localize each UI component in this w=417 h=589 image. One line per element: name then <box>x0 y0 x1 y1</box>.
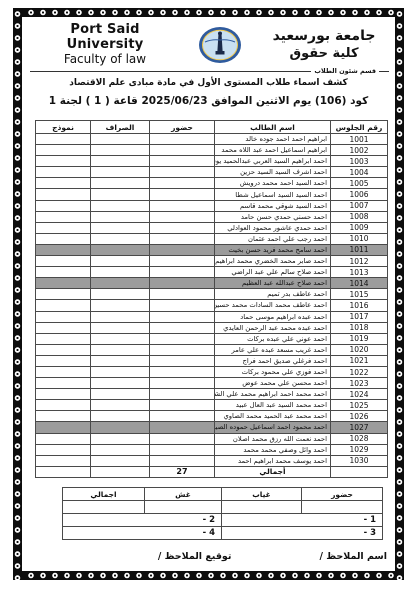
student-row: 1021 احمد فرغلي صديق احمد فراج <box>36 355 388 366</box>
attendance-cell <box>150 145 215 156</box>
attendance-cell <box>150 289 215 300</box>
total-row: أجمالي 27 <box>36 466 388 477</box>
arabic-title-block: جامعة بورسعيد كلية حقوق <box>259 27 389 62</box>
attendance-cell <box>150 400 215 411</box>
attendance-cell <box>150 167 215 178</box>
seat-number-cell: 1027 <box>331 422 388 433</box>
departure-cell <box>91 211 150 222</box>
note-line-4: - 4 <box>63 527 222 540</box>
student-name-cell: احمد حمدي عاشور محمود العوادلي <box>215 222 331 233</box>
form-cell <box>36 455 91 466</box>
total-departure-cell <box>91 466 150 477</box>
student-row: 1011 احمد سامح محمد فريد حسن بخيت <box>36 244 388 255</box>
attendance-cell <box>150 278 215 289</box>
form-cell <box>36 145 91 156</box>
student-name-cell: احمد صلاح عبدالله عبد العظيم <box>215 278 331 289</box>
seat-number-cell: 1018 <box>331 322 388 333</box>
summary-total-cell <box>63 501 145 514</box>
attendance-cell <box>150 411 215 422</box>
student-row: 1006 احمد السيد السيد اسماعيل شطا <box>36 189 388 200</box>
form-cell <box>36 156 91 167</box>
student-attendance-table: رقم الجلوس اسم الطالب حضور الصراف نموذج … <box>35 120 388 478</box>
notes-line-row-1: - 1 - 2 <box>63 514 383 527</box>
departure-cell <box>91 134 150 145</box>
attendance-cell <box>150 178 215 189</box>
summary-header-total: اجمالي <box>63 488 145 501</box>
attendance-cell <box>150 322 215 333</box>
seat-number-cell: 1009 <box>331 222 388 233</box>
department-label: قسم شئون الطلاب <box>311 67 379 75</box>
department-divider: قسم شئون الطلاب <box>30 66 389 76</box>
form-cell <box>36 134 91 145</box>
departure-cell <box>91 256 150 267</box>
total-row-seat-cell <box>331 466 388 477</box>
note-line-2: - 2 <box>63 514 222 527</box>
departure-cell <box>91 355 150 366</box>
summary-empty-row <box>63 501 383 514</box>
student-row: 1022 احمد فوزي علي محمود بركات <box>36 366 388 377</box>
summary-header-row: حضور غياب غش اجمالي <box>63 488 383 501</box>
seat-number-cell: 1022 <box>331 366 388 377</box>
student-row: 1013 احمد صلاح سالم علي عبد الراضي <box>36 267 388 278</box>
student-row: 1028 احمد نعمت الله رزق محمد اصلان <box>36 433 388 444</box>
departure-cell <box>91 389 150 400</box>
student-name-cell: احمد فوزي علي محمود بركات <box>215 366 331 377</box>
student-name-cell: احمد السيد السيد اسماعيل شطا <box>215 189 331 200</box>
col-header-seat-number: رقم الجلوس <box>331 121 388 134</box>
student-row: 1002 ابراهيم اسماعيل احمد عبد اللاه محمد <box>36 145 388 156</box>
student-name-cell: احمد يوسف محمد ابراهيم احمد <box>215 455 331 466</box>
student-name-cell: احمد عبده محمد عبد الرحمن العايدي <box>215 322 331 333</box>
seat-number-cell: 1004 <box>331 167 388 178</box>
attendance-cell <box>150 200 215 211</box>
table-header-row: رقم الجلوس اسم الطالب حضور الصراف نموذج <box>36 121 388 134</box>
form-cell <box>36 433 91 444</box>
student-table-body: 1001 ابراهيم احمد احمد جوده خالد 1002 اب… <box>36 134 388 467</box>
student-name-cell: احمد عبده ابراهيم موسى حماد <box>215 311 331 322</box>
form-cell <box>36 222 91 233</box>
departure-cell <box>91 333 150 344</box>
attendance-cell <box>150 444 215 455</box>
departure-cell <box>91 233 150 244</box>
departure-cell <box>91 178 150 189</box>
seat-number-cell: 1001 <box>331 134 388 145</box>
faculty-name-ar: كلية حقوق <box>259 46 389 63</box>
divider-rule <box>30 71 311 72</box>
departure-cell <box>91 378 150 389</box>
student-row: 1001 ابراهيم احمد احمد جوده خالد <box>36 134 388 145</box>
attendance-cell <box>150 267 215 278</box>
student-row: 1024 احمد محمد احمد ابراهيم محمد علي الش… <box>36 389 388 400</box>
col-header-attendance: حضور <box>150 121 215 134</box>
form-cell <box>36 400 91 411</box>
student-row: 1023 احمد محسن علي محمد عوض <box>36 378 388 389</box>
university-logo-icon <box>197 25 243 65</box>
attendance-cell <box>150 344 215 355</box>
seat-number-cell: 1017 <box>331 311 388 322</box>
departure-cell <box>91 267 150 278</box>
form-cell <box>36 178 91 189</box>
attendance-cell <box>150 389 215 400</box>
student-row: 1009 احمد حمدي عاشور محمود العوادلي <box>36 222 388 233</box>
form-cell <box>36 233 91 244</box>
student-row: 1014 احمد صلاح عبدالله عبد العظيم <box>36 278 388 289</box>
seat-number-cell: 1028 <box>331 433 388 444</box>
seat-number-cell: 1012 <box>331 256 388 267</box>
attendance-cell <box>150 422 215 433</box>
form-cell <box>36 200 91 211</box>
student-row: 1007 احمد السيد شوقي محمد قاسم <box>36 200 388 211</box>
frame-left-border <box>13 8 22 580</box>
attendance-sheet-page: { "header": { "university_en": "Port Sai… <box>0 0 417 589</box>
departure-cell <box>91 400 150 411</box>
summary-cheating-cell <box>145 501 222 514</box>
departure-cell <box>91 156 150 167</box>
student-name-cell: احمد وائل وصفي محمد محمد <box>215 444 331 455</box>
departure-cell <box>91 200 150 211</box>
departure-cell <box>91 444 150 455</box>
departure-cell <box>91 222 150 233</box>
seat-number-cell: 1013 <box>331 267 388 278</box>
student-name-cell: احمد حسني حمدي حسن حامد <box>215 211 331 222</box>
seat-number-cell: 1002 <box>331 145 388 156</box>
form-cell <box>36 267 91 278</box>
student-row: 1025 احمد محمد السيد عبد العال عبيد <box>36 400 388 411</box>
student-row: 1029 احمد وائل وصفي محمد محمد <box>36 444 388 455</box>
departure-cell <box>91 422 150 433</box>
student-name-cell: احمد ابراهيم السيد العربي عبدالحميد يوسف <box>215 156 331 167</box>
seat-number-cell: 1026 <box>331 411 388 422</box>
student-row: 1008 احمد حسني حمدي حسن حامد <box>36 211 388 222</box>
student-name-cell: احمد محمد احمد ابراهيم محمد علي الشافى <box>215 389 331 400</box>
form-cell <box>36 355 91 366</box>
departure-cell <box>91 311 150 322</box>
attendance-cell <box>150 433 215 444</box>
form-cell <box>36 444 91 455</box>
english-title-block: Port Said University Faculty of law <box>30 23 180 67</box>
form-cell <box>36 244 91 255</box>
student-name-cell: احمد عاطف محمد السادات محمد حسين <box>215 300 331 311</box>
student-name-cell: احمد سامح محمد فريد حسن بخيت <box>215 244 331 255</box>
form-cell <box>36 322 91 333</box>
seat-number-cell: 1024 <box>331 389 388 400</box>
form-cell <box>36 411 91 422</box>
total-label: أجمالي <box>215 466 331 477</box>
attendance-cell <box>150 134 215 145</box>
student-name-cell: احمد رجب علي احمد عثمان <box>215 233 331 244</box>
form-cell <box>36 366 91 377</box>
student-row: 1010 احمد رجب علي احمد عثمان <box>36 233 388 244</box>
student-row: 1020 احمد غريب مسعد عبده علي عامر <box>36 344 388 355</box>
exam-session-info: كود (106) يوم الاثنين الموافق 2025/06/23… <box>0 95 417 107</box>
attendance-cell <box>150 378 215 389</box>
student-name-cell: احمد صابر محمد الخضري محمد ابراهيم <box>215 256 331 267</box>
student-name-cell: ابراهيم اسماعيل احمد عبد اللاه محمد <box>215 145 331 156</box>
summary-header-cheating: غش <box>145 488 222 501</box>
student-row: 1027 احمد محمود احمد اسماعيل حموده الصيا… <box>36 422 388 433</box>
seat-number-cell: 1010 <box>331 233 388 244</box>
summary-present-cell <box>302 501 383 514</box>
seat-number-cell: 1029 <box>331 444 388 455</box>
attendance-cell <box>150 256 215 267</box>
seat-number-cell: 1019 <box>331 333 388 344</box>
seat-number-cell: 1030 <box>331 455 388 466</box>
student-row: 1003 احمد ابراهيم السيد العربي عبدالحميد… <box>36 156 388 167</box>
student-row: 1030 احمد يوسف محمد ابراهيم احمد <box>36 455 388 466</box>
attendance-cell <box>150 300 215 311</box>
form-cell <box>36 333 91 344</box>
student-name-cell: احمد محسن علي محمد عوض <box>215 378 331 389</box>
form-cell <box>36 189 91 200</box>
student-name-cell: احمد نعمت الله رزق محمد اصلان <box>215 433 331 444</box>
student-row: 1026 احمد محمد عبد الحميد محمد الصاوي <box>36 411 388 422</box>
attendance-cell <box>150 455 215 466</box>
summary-header-present: حضور <box>302 488 383 501</box>
student-row: 1004 احمد اشرف السيد السيد حزين <box>36 167 388 178</box>
summary-header-absent: غياب <box>222 488 302 501</box>
seat-number-cell: 1005 <box>331 178 388 189</box>
student-name-cell: ابراهيم احمد احمد جوده خالد <box>215 134 331 145</box>
university-name-en: Port Said University <box>30 23 180 53</box>
total-form-cell <box>36 466 91 477</box>
departure-cell <box>91 322 150 333</box>
departure-cell <box>91 411 150 422</box>
seat-number-cell: 1011 <box>331 244 388 255</box>
attendance-cell <box>150 211 215 222</box>
seat-number-cell: 1014 <box>331 278 388 289</box>
attendance-cell <box>150 366 215 377</box>
col-header-departure: الصراف <box>91 121 150 134</box>
departure-cell <box>91 344 150 355</box>
form-cell <box>36 378 91 389</box>
attendance-cell <box>150 222 215 233</box>
seat-number-cell: 1006 <box>331 189 388 200</box>
departure-cell <box>91 433 150 444</box>
form-cell <box>36 211 91 222</box>
attendance-cell <box>150 189 215 200</box>
summary-absent-cell <box>222 501 302 514</box>
departure-cell <box>91 167 150 178</box>
student-name-cell: احمد محمود احمد اسماعيل حموده الصياد <box>215 422 331 433</box>
faculty-name-en: Faculty of law <box>30 53 180 67</box>
student-name-cell: احمد محمد عبد الحميد محمد الصاوي <box>215 411 331 422</box>
student-name-cell: احمد السيد شوقي محمد قاسم <box>215 200 331 211</box>
student-row: 1019 احمد عوني علي عبده بركات <box>36 333 388 344</box>
student-row: 1005 احمد السيد احمد محمد درويش <box>36 178 388 189</box>
frame-top-border <box>13 8 404 17</box>
student-row: 1012 احمد صابر محمد الخضري محمد ابراهيم <box>36 256 388 267</box>
seat-number-cell: 1023 <box>331 378 388 389</box>
student-row: 1016 احمد عاطف محمد السادات محمد حسين <box>36 300 388 311</box>
summary-table: حضور غياب غش اجمالي - 1 - 2 - 3 - 4 <box>62 487 383 540</box>
frame-right-border <box>395 8 404 580</box>
form-cell <box>36 167 91 178</box>
sheet-title: كشف اسماء طلاب المستوى الأول في مادة مبا… <box>0 78 417 88</box>
student-name-cell: احمد السيد احمد محمد درويش <box>215 178 331 189</box>
seat-number-cell: 1025 <box>331 400 388 411</box>
note-line-3: - 3 <box>222 527 383 540</box>
attendance-cell <box>150 311 215 322</box>
footer: اسم الملاحظ / توقيع الملاحظ / <box>0 551 389 562</box>
form-cell <box>36 311 91 322</box>
attendance-cell <box>150 333 215 344</box>
header: Port Said University Faculty of law جامع… <box>30 24 389 66</box>
total-attendance-value: 27 <box>150 466 215 477</box>
departure-cell <box>91 278 150 289</box>
form-cell <box>36 289 91 300</box>
divider-tick <box>379 71 389 72</box>
attendance-cell <box>150 244 215 255</box>
note-line-1: - 1 <box>222 514 383 527</box>
seat-number-cell: 1007 <box>331 200 388 211</box>
student-name-cell: احمد محمد السيد عبد العال عبيد <box>215 400 331 411</box>
attendance-cell <box>150 355 215 366</box>
col-header-form: نموذج <box>36 121 91 134</box>
student-name-cell: احمد عوني علي عبده بركات <box>215 333 331 344</box>
frame-bottom-border <box>13 571 404 580</box>
student-name-cell: احمد غريب مسعد عبده علي عامر <box>215 344 331 355</box>
notes-line-row-2: - 3 - 4 <box>63 527 383 540</box>
form-cell <box>36 256 91 267</box>
col-header-student-name: اسم الطالب <box>215 121 331 134</box>
seat-number-cell: 1003 <box>331 156 388 167</box>
departure-cell <box>91 455 150 466</box>
observer-name-label: اسم الملاحظ / <box>319 551 387 562</box>
departure-cell <box>91 189 150 200</box>
departure-cell <box>91 145 150 156</box>
student-name-cell: احمد فرغلي صديق احمد فراج <box>215 355 331 366</box>
student-name-cell: احمد صلاح سالم علي عبد الراضي <box>215 267 331 278</box>
student-row: 1017 احمد عبده ابراهيم موسى حماد <box>36 311 388 322</box>
observer-signature-label: توقيع الملاحظ / <box>158 551 232 562</box>
form-cell <box>36 389 91 400</box>
university-name-ar: جامعة بورسعيد <box>259 27 389 45</box>
student-row: 1015 احمد عاطف بدر تميم <box>36 289 388 300</box>
form-cell <box>36 422 91 433</box>
seat-number-cell: 1008 <box>331 211 388 222</box>
attendance-cell <box>150 233 215 244</box>
seat-number-cell: 1015 <box>331 289 388 300</box>
departure-cell <box>91 366 150 377</box>
departure-cell <box>91 300 150 311</box>
seat-number-cell: 1016 <box>331 300 388 311</box>
student-name-cell: احمد عاطف بدر تميم <box>215 289 331 300</box>
departure-cell <box>91 289 150 300</box>
student-row: 1018 احمد عبده محمد عبد الرحمن العايدي <box>36 322 388 333</box>
student-name-cell: احمد اشرف السيد السيد حزين <box>215 167 331 178</box>
form-cell <box>36 278 91 289</box>
form-cell <box>36 300 91 311</box>
seat-number-cell: 1020 <box>331 344 388 355</box>
seat-number-cell: 1021 <box>331 355 388 366</box>
form-cell <box>36 344 91 355</box>
departure-cell <box>91 244 150 255</box>
attendance-cell <box>150 156 215 167</box>
